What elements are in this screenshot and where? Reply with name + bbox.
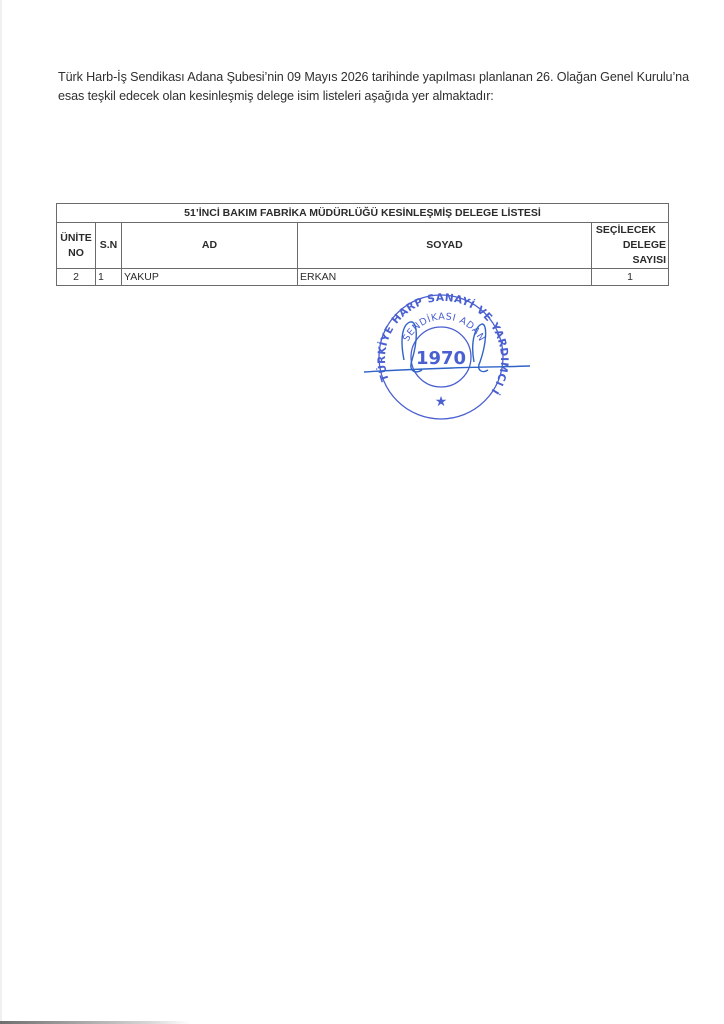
delegate-list-table: 51’İNCİ BAKIM FABRİKA MÜDÜRLÜĞÜ KESİNLEŞ… [56,203,669,286]
cell-soyad: ERKAN [298,269,592,286]
svg-text:★: ★ [435,394,448,410]
header-sn: S.N [96,223,122,269]
svg-text:1970: 1970 [416,348,466,369]
cell-unit-no: 2 [57,269,96,286]
table-header-row: ÜNİTE NO S.N AD SOYAD SEÇİLECEK DELEGE S… [57,223,669,269]
table-row: 2 1 YAKUP ERKAN 1 [57,269,669,286]
table-title: 51’İNCİ BAKIM FABRİKA MÜDÜRLÜĞÜ KESİNLEŞ… [57,204,669,223]
header-count-line1: SEÇİLECEK [596,224,666,236]
union-seal-stamp: TÜRKİYE HARP SANAYİ VE YARDIMCI İŞ KOLLA… [362,290,532,425]
table-title-row: 51’İNCİ BAKIM FABRİKA MÜDÜRLÜĞÜ KESİNLEŞ… [57,204,669,223]
seal-icon: TÜRKİYE HARP SANAYİ VE YARDIMCI İŞ KOLLA… [362,290,532,425]
cell-ad: YAKUP [122,269,298,286]
intro-paragraph: Türk Harb-İş Sendikası Adana Şubesi’nin … [58,68,698,106]
header-soyad: SOYAD [298,223,592,269]
header-unit-no: ÜNİTE NO [57,223,96,269]
cell-sn: 1 [96,269,122,286]
svg-text:TÜRKİYE HARP SANAYİ VE YARDIMC: TÜRKİYE HARP SANAYİ VE YARDIMCI İŞ KOLLA… [362,290,510,398]
header-unit-no-line1: ÜNİTE [60,232,92,244]
header-count-line2: DELEGE SAYISI [623,239,666,266]
header-ad: AD [122,223,298,269]
header-unit-no-line2: NO [68,247,84,259]
scan-left-edge [0,0,2,1024]
header-delegate-count: SEÇİLECEK DELEGE SAYISI [592,223,669,269]
intro-line-1: Türk Harb-İş Sendikası Adana Şubesi’nin … [58,68,698,87]
cell-delegate-count: 1 [592,269,669,286]
intro-line-2: esas teşkil edecek olan kesinleşmiş dele… [58,87,698,106]
